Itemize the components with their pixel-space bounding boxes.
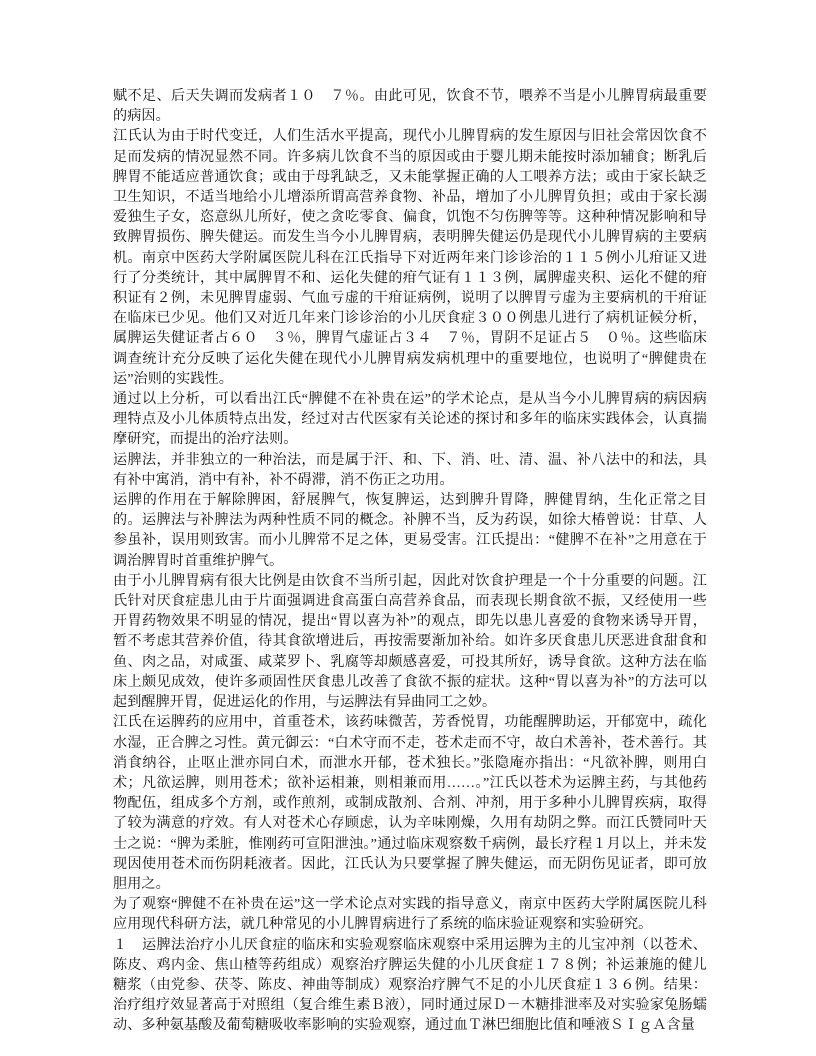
paragraph: 江氏在运脾药的应用中，首重苍术，该药味微苦，芳香悦胃，功能醒脾助运，开郁宽中，疏… (113, 712, 707, 894)
paragraph: 由于小儿脾胃病有很大比例是由饮食不当所引起，因此对饮食护理是一个十分重要的问题。… (113, 571, 707, 712)
paragraph: 江氏认为由于时代变迁，人们生活水平提高，现代小儿脾胃病的发生原因与旧社会常因饮食… (113, 126, 707, 389)
paragraph: 运脾的作用在于解除脾困，舒展脾气，恢复脾运，达到脾升胃降，脾健胃纳，生化正常之目… (113, 490, 707, 571)
paragraph: 通过以上分析，可以看出江氏“脾健不在补贵在运”的学术论点，是从当今小儿脾胃病的病… (113, 389, 707, 450)
paragraph: 为了观察“脾健不在补贵在运”这一学术论点对实践的指导意义，南京中医药大学附属医院… (113, 894, 707, 934)
paragraph: 赋不足、后天失调而发病者１０ ７％。由此可见，饮食不节，喂养不当是小儿脾胃病最重… (113, 86, 707, 126)
document-page: 赋不足、后天失调而发病者１０ ７％。由此可见，饮食不节，喂养不当是小儿脾胃病最重… (113, 86, 707, 1036)
paragraph: 运脾法，并非独立的一种治法，而是属于汗、和、下、消、吐、清、温、补八法中的和法，… (113, 450, 707, 490)
paragraph: １ 运脾法治疗小儿厌食症的临床和实验观察临床观察中采用运脾为主的儿宝冲剂（以苍术… (113, 935, 707, 1036)
